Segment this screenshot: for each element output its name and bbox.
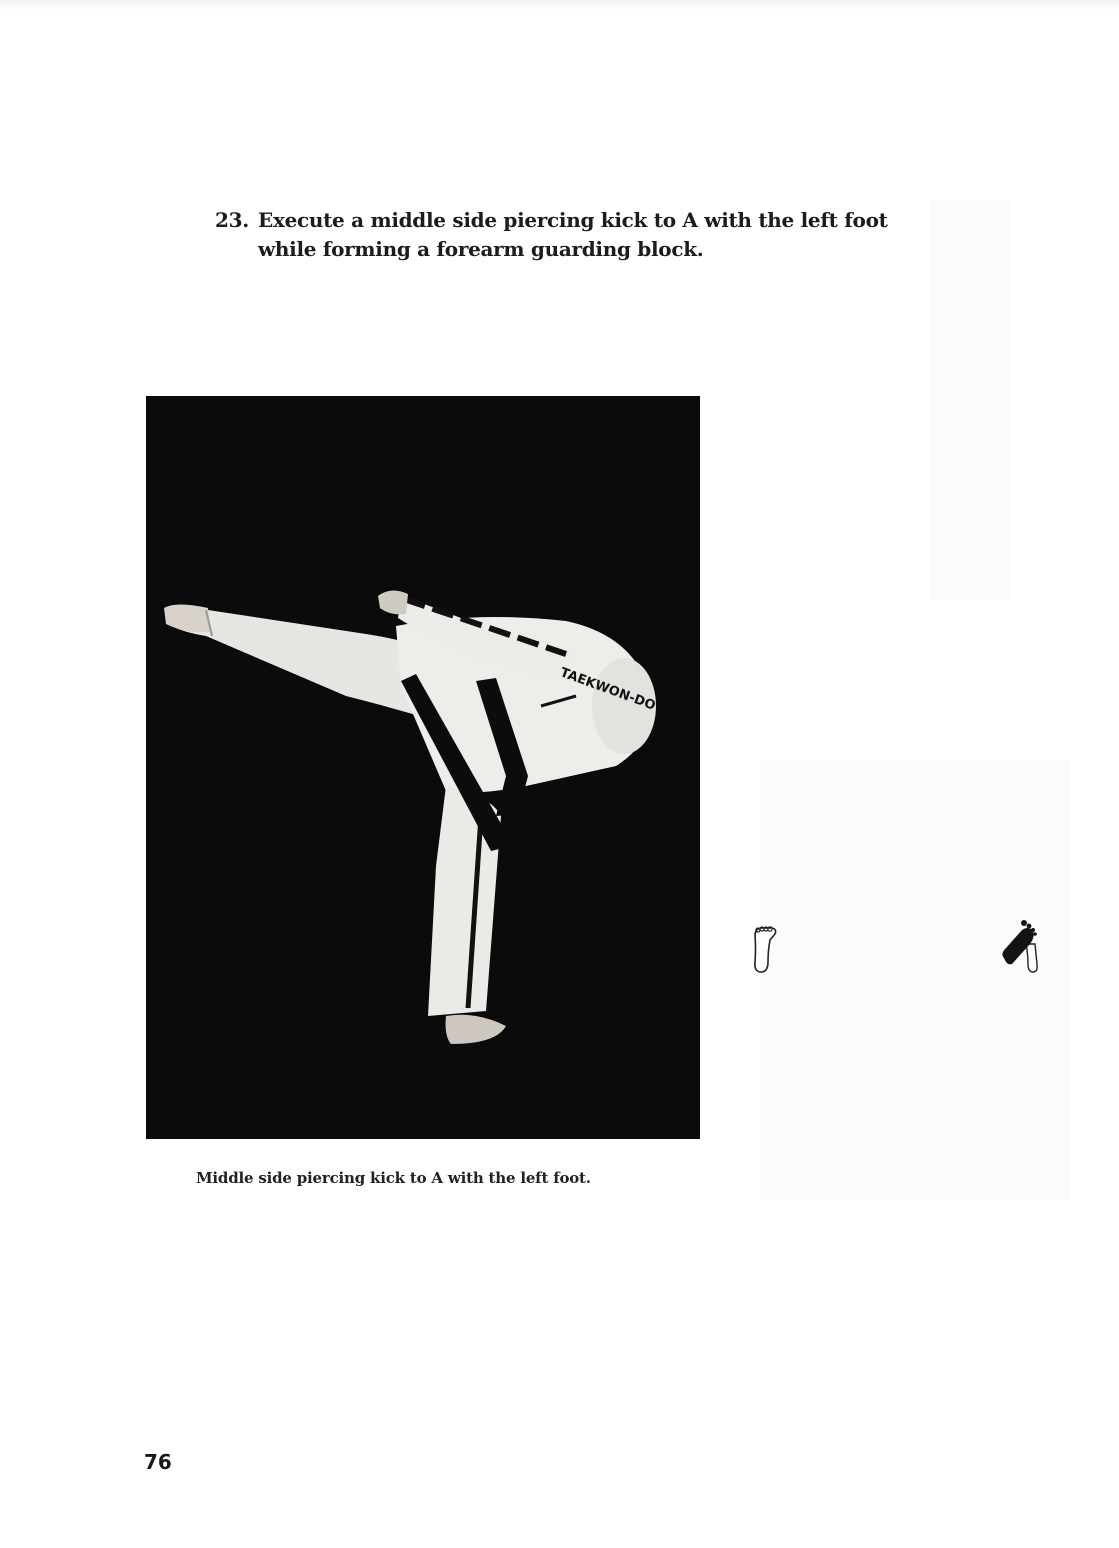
kick-photo: TAEKWON-DO <box>146 396 700 1139</box>
left-foot-outline-icon <box>750 922 778 974</box>
show-through-artifact <box>930 200 1010 600</box>
step-number: 23. <box>215 206 258 235</box>
step-text-line1: Execute a middle side piercing kick to A… <box>258 208 888 232</box>
practitioner-figure: TAEKWON-DO <box>146 396 700 1139</box>
page-edge <box>0 0 1119 10</box>
step-instruction: 23.Execute a middle side piercing kick t… <box>215 206 915 264</box>
step-text-line2: while forming a forearm guarding block. <box>215 235 915 264</box>
show-through-artifact <box>760 760 1070 1200</box>
right-foot-filled-icon <box>998 914 1040 974</box>
photo-caption: Middle side piercing kick to A with the … <box>196 1169 591 1187</box>
page-number: 76 <box>144 1450 172 1474</box>
